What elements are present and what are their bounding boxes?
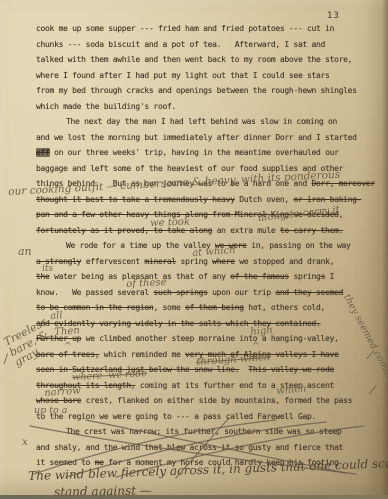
- an-note: an: [18, 246, 32, 258]
- its-note: its: [42, 265, 53, 274]
- we-took-note: we took: [150, 218, 190, 230]
- caret-hot: ^: [254, 306, 262, 315]
- of-these-note: of these: [126, 278, 167, 291]
- wind-sentence-line2: stand against —: [54, 484, 152, 498]
- caret-then: ^: [64, 343, 72, 352]
- through-which-note: through which: [196, 353, 271, 369]
- narrow-note: narrow: [44, 386, 81, 399]
- along-to-carry-note: along to carry it: [258, 205, 340, 224]
- where-we-rode-note: where we rode: [72, 369, 147, 383]
- manuscript-page: 13 cook me up some supper --- fried ham …: [0, 0, 388, 499]
- slash-mark-2: /: [370, 383, 376, 396]
- up-to-a-note: up to a: [34, 406, 67, 416]
- caret-mountains: ^: [270, 401, 278, 410]
- at-which-note: at which: [192, 246, 236, 260]
- which-note: which: [276, 384, 307, 397]
- high-note: high: [250, 326, 273, 338]
- slash-mark-3: /: [3, 352, 9, 365]
- scribble-x-icon: [24, 416, 374, 480]
- caret-high: ^: [252, 343, 260, 352]
- cooking-outfit-note: our cooking outfit — cumbersome & heavy,…: [8, 170, 340, 198]
